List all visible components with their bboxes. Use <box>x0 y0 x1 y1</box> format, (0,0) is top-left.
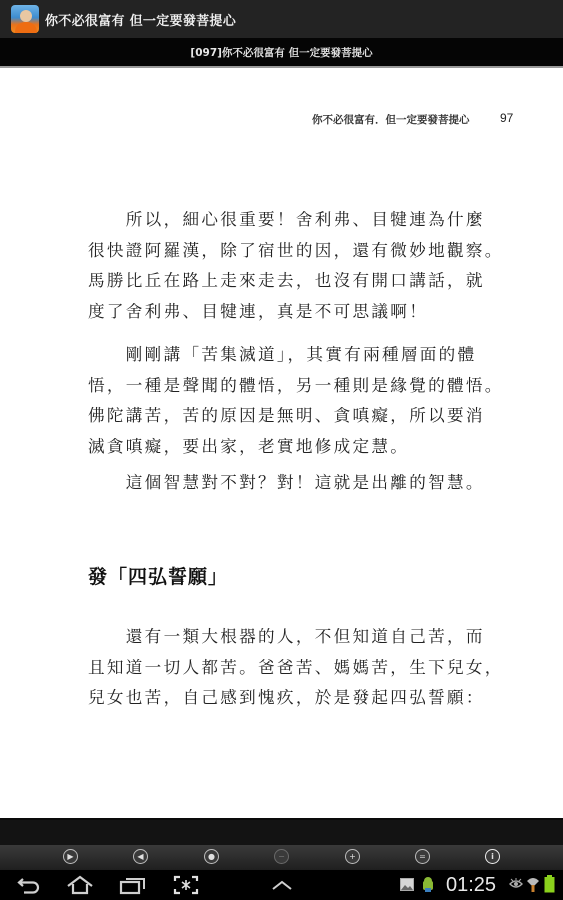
paragraph: 剛剛講「苦集滅道」，其實有兩種層面的體 悟，一種是聲聞的體悟，另一種則是緣覺的體… <box>88 340 483 462</box>
system-nav-bar: 01:25 <box>0 870 563 900</box>
app-title-bar: 你不必很富有 但一定要發菩提心 <box>0 0 563 38</box>
text-line: 這個智慧對不對？對！這就是出離的智慧。 <box>88 468 483 499</box>
battery-icon <box>544 875 555 893</box>
recent-apps-icon[interactable] <box>119 875 147 895</box>
info-button[interactable]: i <box>485 849 500 864</box>
zoom-in-icon: + <box>349 853 356 861</box>
text-line: 還有一類大根器的人，不但知道自己苦，而 <box>88 622 483 653</box>
monk-portrait-icon[interactable] <box>11 5 39 33</box>
text-line: 兒女也苦，自己感到愧疚，於是發起四弘誓願： <box>88 683 483 714</box>
text-line: 悟，一種是聲聞的體悟，另一種則是緣覺的體悟。 <box>88 371 483 402</box>
text-line: 所以，細心很重要！舍利弗、目犍連為什麼 <box>88 205 483 236</box>
next-page-icon: ● <box>208 853 215 861</box>
wifi-icon[interactable] <box>526 876 540 892</box>
book-page[interactable]: 你不必很富有．但一定要發菩提心 97 所以，細心很重要！舍利弗、目犍連為什麼 很… <box>0 68 563 818</box>
back-icon[interactable] <box>16 876 42 894</box>
android-debug-icon[interactable] <box>421 876 435 893</box>
text-line: 很快證阿羅漢，除了宿世的因，還有微妙地觀察。 <box>88 236 483 267</box>
reader-controls: ▶ ◀ ● − + = i <box>0 845 563 871</box>
app-title: 你不必很富有 但一定要發菩提心 <box>45 10 236 29</box>
text-line: 佛陀講苦，苦的原因是無明、貪嗔癡，所以要消 <box>88 401 483 432</box>
menu-up-chevron-icon[interactable] <box>270 878 294 892</box>
chapter-title: [097]你不必很富有 但一定要發菩提心 <box>190 45 372 60</box>
clock: 01:25 <box>446 873 496 897</box>
fit-page-icon: = <box>419 853 426 861</box>
zoom-out-button[interactable]: − <box>274 849 289 864</box>
section-heading: 發「四弘誓願」 <box>88 562 228 589</box>
reader-toolbar <box>0 818 563 845</box>
previous-page-icon: ◀ <box>137 853 143 861</box>
fit-page-button[interactable]: = <box>415 849 430 864</box>
info-icon: i <box>491 853 494 861</box>
text-line: 馬勝比丘在路上走來走去，也沒有開口講話，就 <box>88 266 483 297</box>
text-line: 剛剛講「苦集滅道」，其實有兩種層面的體 <box>88 340 483 371</box>
next-page-button[interactable]: ● <box>204 849 219 864</box>
chapter-bar: [097]你不必很富有 但一定要發菩提心 <box>0 38 563 66</box>
play-button[interactable]: ▶ <box>63 849 78 864</box>
text-line: 度了舍利弗、目犍連，真是不可思議啊！ <box>88 297 483 328</box>
screenshot-icon[interactable] <box>173 875 199 895</box>
play-icon: ▶ <box>67 853 73 861</box>
text-line: 且知道一切人都苦。爸爸苦、媽媽苦，生下兒女， <box>88 653 483 684</box>
page-number: 97 <box>500 111 513 125</box>
paragraph: 還有一類大根器的人，不但知道自己苦，而 且知道一切人都苦。爸爸苦、媽媽苦，生下兒… <box>88 622 483 714</box>
home-icon[interactable] <box>65 875 95 895</box>
paragraph: 所以，細心很重要！舍利弗、目犍連為什麼 很快證阿羅漢，除了宿世的因，還有微妙地觀… <box>88 205 483 327</box>
running-head: 你不必很富有．但一定要發菩提心 <box>312 112 470 127</box>
zoom-out-icon: − <box>278 853 285 861</box>
previous-page-button[interactable]: ◀ <box>133 849 148 864</box>
zoom-in-button[interactable]: + <box>345 849 360 864</box>
eye-icon[interactable] <box>509 878 523 890</box>
text-line: 滅貪嗔癡，要出家，老實地修成定慧。 <box>88 432 483 463</box>
gallery-notification-icon[interactable] <box>400 878 414 891</box>
paragraph: 這個智慧對不對？對！這就是出離的智慧。 <box>88 468 483 499</box>
